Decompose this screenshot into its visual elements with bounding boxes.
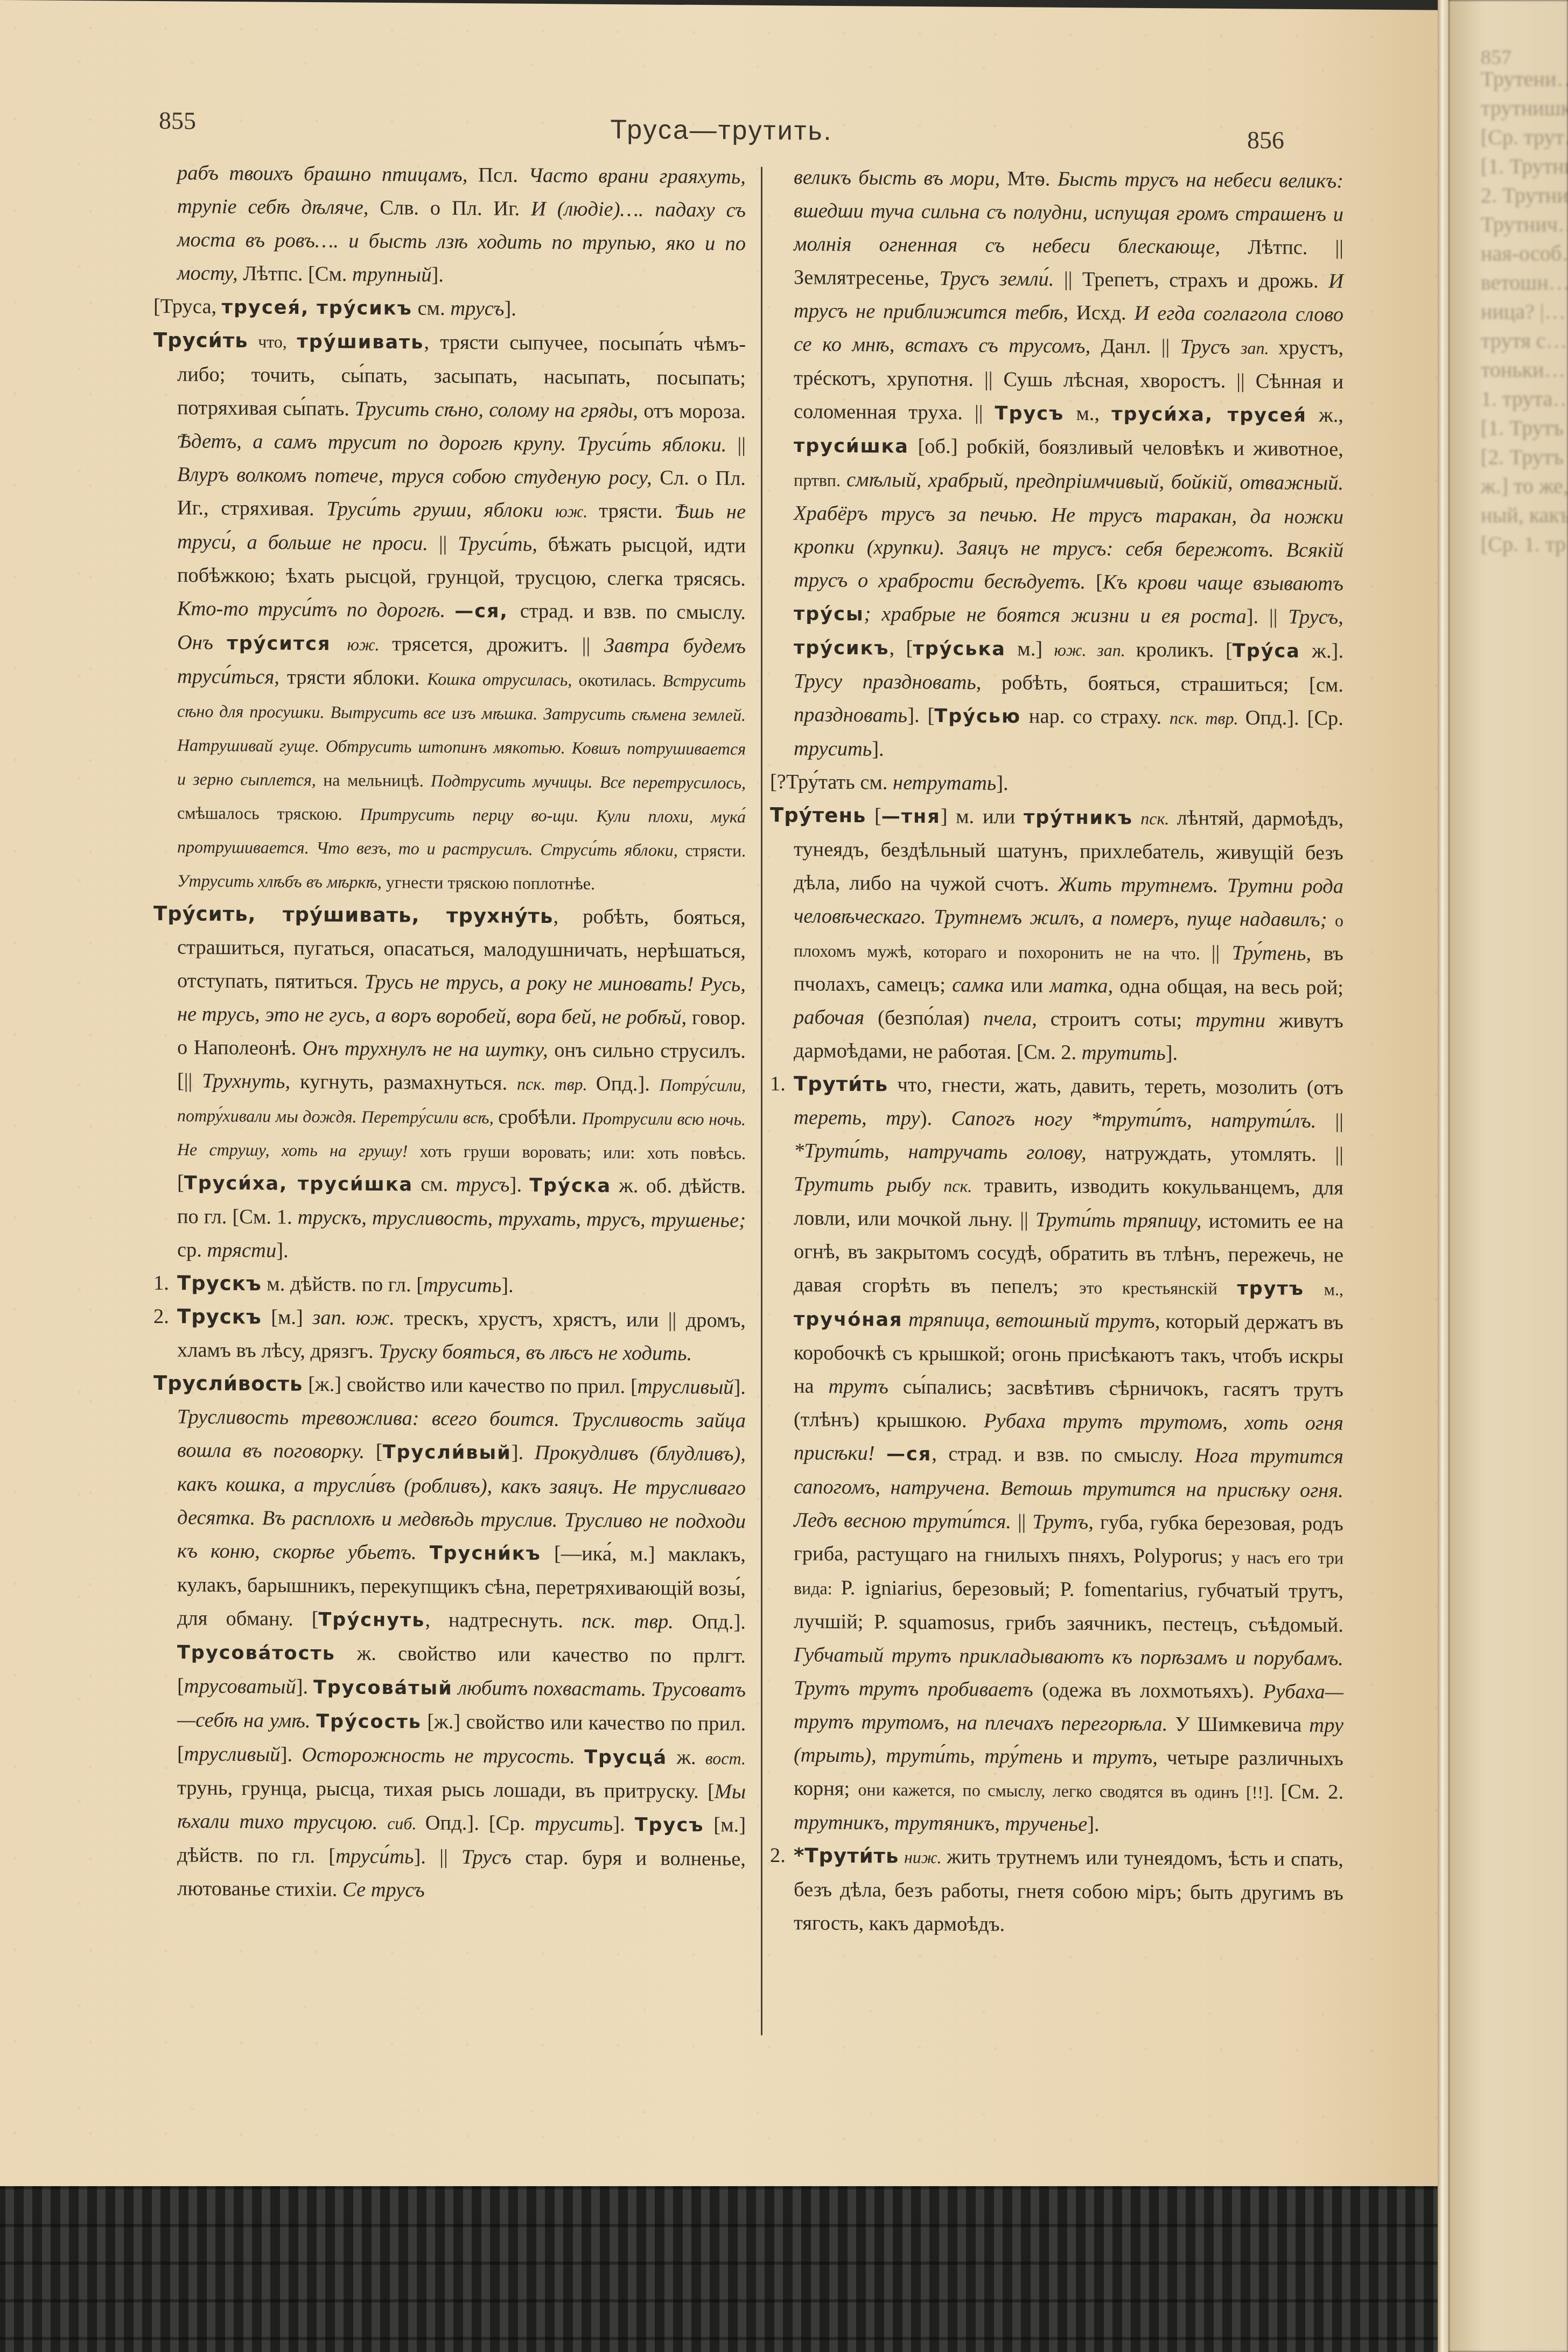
definition-text: угнести тряскою поплотнѣе. — [386, 872, 595, 893]
definition-text: смѣшалось тряскою. — [177, 803, 360, 823]
dictionary-entry: 2.*Трути́ть ниж. жить трутнемъ или тунея… — [770, 1839, 1343, 1943]
definition-text: ]. — [1166, 1042, 1178, 1065]
bold-form: тру́сикъ — [794, 637, 889, 659]
example-text: Утрусить хлѣбъ въ мѣркѣ, — [177, 871, 386, 892]
running-title: Труса—трутить. — [159, 110, 1284, 150]
example-text: трусъ — [450, 297, 504, 320]
definition-text: ж. — [667, 1746, 705, 1769]
bold-form: Трусъ — [635, 1814, 704, 1836]
example-text: Къ крови чаще взываютъ — [1103, 571, 1343, 595]
bold-form: тру́ська — [913, 638, 1005, 660]
page-number-right: 856 — [1247, 125, 1284, 154]
example-text: Труси́ть, — [458, 533, 548, 556]
definition-text: Исхд. — [1076, 302, 1135, 325]
dictionary-entry: [?Тру́тать см. нетрутать]. — [770, 765, 1343, 802]
definition-text: [ — [376, 1440, 383, 1463]
definition-text: ж., — [1307, 404, 1343, 426]
example-text: пск. твр. — [517, 1074, 596, 1094]
definition-text: что, — [248, 332, 297, 352]
definition-text: Лѣтпс. [См. — [243, 262, 352, 285]
definition-text: Псл. — [478, 164, 528, 187]
example-text: Трухнуть, — [202, 1070, 300, 1093]
dictionary-entry: Тру́сить, тру́шивать, трухну́ть, робѣть,… — [153, 897, 746, 1271]
headword: *Трути́ть — [794, 1844, 899, 1867]
example-text: Онъ — [177, 631, 227, 654]
example-text: Тру́тень, — [1232, 942, 1324, 965]
example-text: тряпица, ветошный трутъ, — [903, 1308, 1166, 1333]
example-text: трясти — [207, 1239, 277, 1262]
example-text: самка — [952, 974, 1011, 997]
example-text: трутить — [1082, 1041, 1166, 1065]
dictionary-page: 855 Труса—трутить. 856 рабъ твоихъ брашн… — [0, 0, 1438, 2196]
example-text: пск. — [1133, 809, 1177, 829]
definition-text: (одежа въ лохмотьяхъ). — [1042, 1679, 1263, 1703]
example-text: Трусить сѣно, солому на гряды, — [355, 398, 643, 423]
definition-text: они кажется, по смыслу, легко сводятся в… — [858, 1780, 1281, 1802]
definition-text: трясется, дрожитъ. || — [392, 633, 604, 657]
example-text: вост. — [705, 1748, 746, 1768]
example-text: Трути́ть тряпицу, — [1035, 1208, 1209, 1232]
bold-form: тру́сы — [794, 603, 864, 625]
definition-text: , надтреснуть. — [425, 1609, 581, 1633]
definition-text: на мельницѣ. — [323, 770, 431, 790]
definition-text: натруждать, утомлять. || — [1105, 1142, 1343, 1166]
example-text: пск. твр. — [1170, 708, 1245, 728]
headword: Тру́тень — [770, 803, 866, 827]
dictionary-entry: Тру́тень [—тня] м. или тру́тникъ пск. лѣ… — [770, 799, 1343, 1071]
right-column: великъ бысть въ мори, Мтѳ. Бысть трусъ н… — [770, 160, 1343, 1943]
bold-form: труси́шка — [794, 435, 909, 457]
bold-form: Трусъ — [995, 403, 1065, 425]
example-text: ; храбрые не боятся жизни и ея роста — [864, 603, 1247, 628]
example-text: Се трусъ — [342, 1878, 425, 1901]
entry-number: 2. — [153, 1300, 177, 1333]
example-text: Подтрусить мучицы. Все перетрусилось, — [431, 771, 746, 793]
definition-text: У Шимкевича — [1175, 1713, 1309, 1737]
example-text: праздновать — [794, 703, 907, 726]
bold-form: Тру́ска — [529, 1175, 611, 1197]
definition-text: стрясти. — [685, 841, 746, 860]
definition-text: м., — [1064, 402, 1111, 425]
definition-text: || — [738, 434, 746, 457]
example-text: трускъ, трусливость, трухать, трусъ, тру… — [298, 1206, 746, 1232]
bold-form: Трусова́тость — [177, 1642, 335, 1664]
entry-number: 2. — [770, 1839, 794, 1872]
definition-text: и — [1072, 1746, 1093, 1768]
example-text: Трутъ, — [1032, 1510, 1100, 1534]
example-text: трутни — [1195, 1009, 1279, 1032]
definition-text: сробѣли. — [498, 1105, 582, 1129]
headword: Трусли́вость — [153, 1371, 303, 1396]
bold-form: тру́шивать — [297, 331, 424, 354]
definition-text: это крестьянскій — [1079, 1278, 1237, 1298]
example-text: Трусъ, — [1289, 606, 1343, 629]
example-text: Влуръ волкомъ потече, труся собою студен… — [177, 463, 660, 489]
definition-text: ]. — [276, 1240, 288, 1262]
definition-text: что, гнести, жать, давить, тереть, мозол… — [888, 1074, 1343, 1100]
definition-text: ]. — [512, 1441, 535, 1464]
definition-text: ср. — [177, 1238, 207, 1261]
definition-text: м. дѣйств. по гл. [ — [262, 1272, 423, 1296]
definition-text: хоть груши воровать; или: хоть повѣсь. — [420, 1141, 746, 1163]
example-text: трусъ — [456, 1173, 509, 1196]
definition-text: [ — [177, 1171, 184, 1194]
background-mat — [0, 2186, 1438, 2352]
definition-text: Данл. || — [1101, 335, 1180, 358]
definition-text: кроликъ. [ — [1136, 639, 1233, 662]
headword: Труси́ть — [153, 328, 248, 352]
bold-form: тру́сится — [227, 633, 347, 655]
example-text: трусливый — [638, 1375, 734, 1398]
definition-text: м.] — [1006, 638, 1054, 661]
definition-text: страд. и взв. по смыслу. — [520, 600, 746, 624]
bold-form: —тня — [881, 806, 941, 828]
example-text: Кошка отрусилась, — [427, 669, 578, 690]
definition-text: окотилась. — [579, 670, 663, 690]
definition-text: Мтѳ. — [1007, 167, 1058, 191]
definition-text: || — [1018, 1510, 1032, 1533]
example-text: нетрутать — [893, 772, 996, 795]
definition-text: нар. со страху. — [1021, 705, 1170, 729]
dictionary-entry: [Труса, трусея́, тру́сикъ см. трусъ]. — [153, 290, 746, 328]
example-text: юж. зап. — [1054, 640, 1136, 660]
definition-text: ]. — [281, 1744, 302, 1766]
entry-number: 1. — [770, 1067, 794, 1101]
example-text: Трусъ земли́. — [939, 267, 1064, 291]
bold-form: Трусли́вый — [383, 1441, 512, 1464]
definition-text: Опд.]. [Ср. — [425, 1812, 535, 1835]
example-text: юж. — [347, 634, 392, 654]
definition-text: или — [1011, 974, 1050, 997]
example-text: Трусу праздновать, — [794, 670, 1002, 694]
dictionary-entry: 2.Трускъ [м.] зап. юж. трескъ, хрустъ, х… — [153, 1300, 746, 1371]
definition-text: , страд. и взв. по смыслу. — [932, 1443, 1194, 1467]
definition-text: ]. — [504, 298, 516, 320]
definition-text: ] м. или — [941, 805, 1024, 828]
example-text: сиб. — [387, 1814, 425, 1833]
definition-text: [об.] робкій, боязливый человѣкъ и живот… — [909, 435, 1343, 461]
definition-text: ]. [ — [907, 704, 934, 727]
example-text: рабъ твоихъ брашно птицамъ, — [177, 162, 478, 186]
example-text: трусить — [794, 737, 872, 760]
definition-text: кугнуть, размахнуться. — [300, 1070, 517, 1095]
headword: Тру́сить, тру́шивать, трухну́ть — [153, 902, 553, 928]
definition-text: (безпо́лая) — [878, 1006, 983, 1030]
definition-text: || — [1335, 1110, 1343, 1132]
definition-text: см. — [413, 1173, 456, 1196]
definition-text: см. — [412, 297, 450, 319]
example-text: Сапогъ ногу *трути́тъ, натрути́лъ. — [951, 1107, 1335, 1132]
definition-text: ]. — [1087, 1813, 1099, 1836]
example-text: Осторожность не трусость. — [302, 1744, 584, 1768]
definition-text: [?Тру́тать см. — [770, 771, 893, 794]
example-text: пск. твр. — [582, 1610, 692, 1633]
bold-form: трутъ — [1237, 1278, 1304, 1300]
definition-text: ]. — [431, 264, 443, 286]
definition-text: [ж.] свойство или качество по прил. [ — [303, 1373, 637, 1398]
example-text: Труси́ть груши, яблоки — [326, 498, 555, 522]
definition-text: ]. — [501, 1275, 513, 1297]
definition-text: [ — [1096, 571, 1103, 593]
example-text: ниж. — [899, 1847, 947, 1867]
bold-form: Трусни́къ — [430, 1543, 541, 1565]
dictionary-entry: Трусли́вость [ж.] свойство или качество … — [153, 1367, 746, 1909]
column-divider — [761, 167, 762, 2035]
bold-form: Труси́ха, труси́шка — [184, 1172, 413, 1195]
headword: Трускъ — [177, 1271, 262, 1295]
headword: Трускъ — [177, 1305, 262, 1328]
example-text: юж. — [555, 501, 599, 521]
definition-text: [ — [866, 804, 881, 827]
definition-text: ]. || — [1247, 605, 1289, 628]
bold-form: Трусца́ — [584, 1747, 667, 1769]
definition-text: пртвп. — [794, 470, 846, 490]
example-text: Труску бояться, въ лѣсъ не ходить. — [379, 1340, 692, 1365]
definition-text: ]. — [872, 738, 884, 760]
bold-form: Трусова́тый — [313, 1677, 453, 1699]
example-text: трутъ, — [1093, 1746, 1167, 1769]
definition-text: ). — [920, 1107, 951, 1130]
definition-text: одна общая, на весь рой; — [1119, 975, 1343, 999]
dictionary-entry: 1.Трути́ть что, гнести, жать, давить, те… — [770, 1067, 1343, 1843]
definition-text: ж.]. — [1300, 640, 1343, 663]
example-text: пчела, — [983, 1007, 1051, 1031]
example-text: Ѣдетъ, а самъ трусит по дорогѣ крупу. Тр… — [177, 430, 738, 456]
definition-text: Опд.]. [Ср. — [1245, 706, 1343, 730]
example-text: трутникъ, трутяникъ, трученье — [794, 1811, 1087, 1836]
book-gutter — [1438, 0, 1448, 2352]
definition-text: || — [1212, 942, 1232, 964]
definition-text: Опд.]. — [692, 1611, 746, 1634]
example-text: пск. — [943, 1176, 984, 1196]
example-text: рабочая — [794, 1006, 878, 1029]
definition-text: || Трепетъ, страхъ и дрожь. — [1064, 268, 1328, 292]
example-text: трупный — [352, 263, 431, 286]
dictionary-entry: 1.Трускъ м. дѣйств. по гл. [трусить]. — [153, 1266, 746, 1304]
definition-text: Слв. о Пл. Иг. — [380, 197, 531, 220]
example-text: матка, — [1049, 975, 1119, 998]
definition-text: робѣть, бояться, страшиться; [см. — [1002, 671, 1343, 696]
example-text: зап. — [1241, 338, 1278, 358]
definition-text: [м.] — [262, 1306, 313, 1329]
example-text: зап. юж. — [312, 1306, 404, 1329]
definition-text: , [ — [889, 637, 913, 660]
example-text: Трутить рыбу — [794, 1173, 943, 1196]
definition-text: ]. — [296, 1676, 313, 1698]
definition-text: отъ мороза. — [643, 400, 746, 423]
bold-form: трусея́, тру́сикъ — [222, 297, 412, 319]
example-text: тереть, тру — [794, 1106, 920, 1130]
example-text: трутъ — [829, 1375, 903, 1398]
example-text: Онъ трухнулъ не на шутку, — [303, 1037, 555, 1061]
bold-form: Тру́сью — [934, 705, 1021, 727]
definition-text: ]. — [510, 1174, 530, 1196]
next-page-text: Трутени… трутнишк… [Ср. трут… [1. Трутни… — [1481, 65, 1568, 559]
bold-form: тру́тникъ — [1024, 807, 1133, 829]
dictionary-entry: Труси́ть что, тру́шивать, трясти сыпучее… — [153, 324, 746, 901]
definition-text: P. igniarius, березовый; P. fomentarius,… — [794, 1577, 1343, 1637]
definition-text: Опд.]. — [596, 1073, 660, 1096]
example-text: трусить — [535, 1812, 613, 1836]
left-column: рабъ твоихъ брашно птицамъ, Псл. Часто в… — [153, 156, 746, 1909]
definition-text: трунь, грунца, рысца, тихая рысь лошади,… — [177, 1776, 715, 1803]
example-text: трусоватый — [184, 1675, 296, 1698]
page-header: 855 Труса—трутить. 856 — [159, 106, 1284, 157]
example-text: трусить — [423, 1273, 501, 1297]
definition-text: [Труса, — [153, 295, 222, 318]
example-text: Трусъ — [1180, 335, 1241, 359]
definition-text: м., — [1304, 1279, 1343, 1299]
definition-text: ]. — [613, 1813, 634, 1836]
example-text: труси́ть — [335, 1845, 414, 1868]
bold-form: тручо́ная — [794, 1308, 903, 1331]
definition-text: трясти яблоки. — [287, 666, 427, 690]
example-text: Кто-то труси́тъ по дорогѣ. — [177, 597, 454, 622]
definition-text: [См. 2. — [1280, 1781, 1343, 1804]
entry-number: 1. — [153, 1266, 177, 1300]
bold-form: Тру́са — [1233, 640, 1300, 662]
example-text: великъ бысть въ мори, — [794, 166, 1007, 190]
bold-form: труси́ха, трусея́ — [1111, 403, 1307, 426]
example-text: Трусъ — [461, 1846, 525, 1869]
dictionary-entry: рабъ твоихъ брашно птицамъ, Псл. Часто в… — [153, 156, 746, 294]
bold-form: Тру́снуть — [318, 1609, 425, 1631]
next-page-edge: 857 Трутени… трутнишк… [Ср. трут… [1. Тр… — [1448, 0, 1568, 2352]
bold-form: —ся, — [454, 600, 520, 622]
definition-text: ]. || — [414, 1845, 461, 1868]
headword: Трути́ть — [794, 1072, 888, 1096]
example-text: *Трути́ть, натручать голову, — [794, 1139, 1105, 1164]
definition-text: строитъ соты; — [1051, 1008, 1195, 1032]
bold-form: Тру́сость — [316, 1711, 422, 1733]
definition-text: трясти. — [599, 500, 675, 523]
dictionary-entry: великъ бысть въ мори, Мтѳ. Бысть трусъ н… — [770, 160, 1343, 769]
definition-text: ]. — [996, 772, 1008, 795]
bold-form: —ся — [886, 1443, 932, 1465]
example-text: трусливый — [184, 1742, 281, 1766]
definition-text: ]. — [734, 1376, 746, 1399]
definition-text: || — [439, 533, 458, 555]
